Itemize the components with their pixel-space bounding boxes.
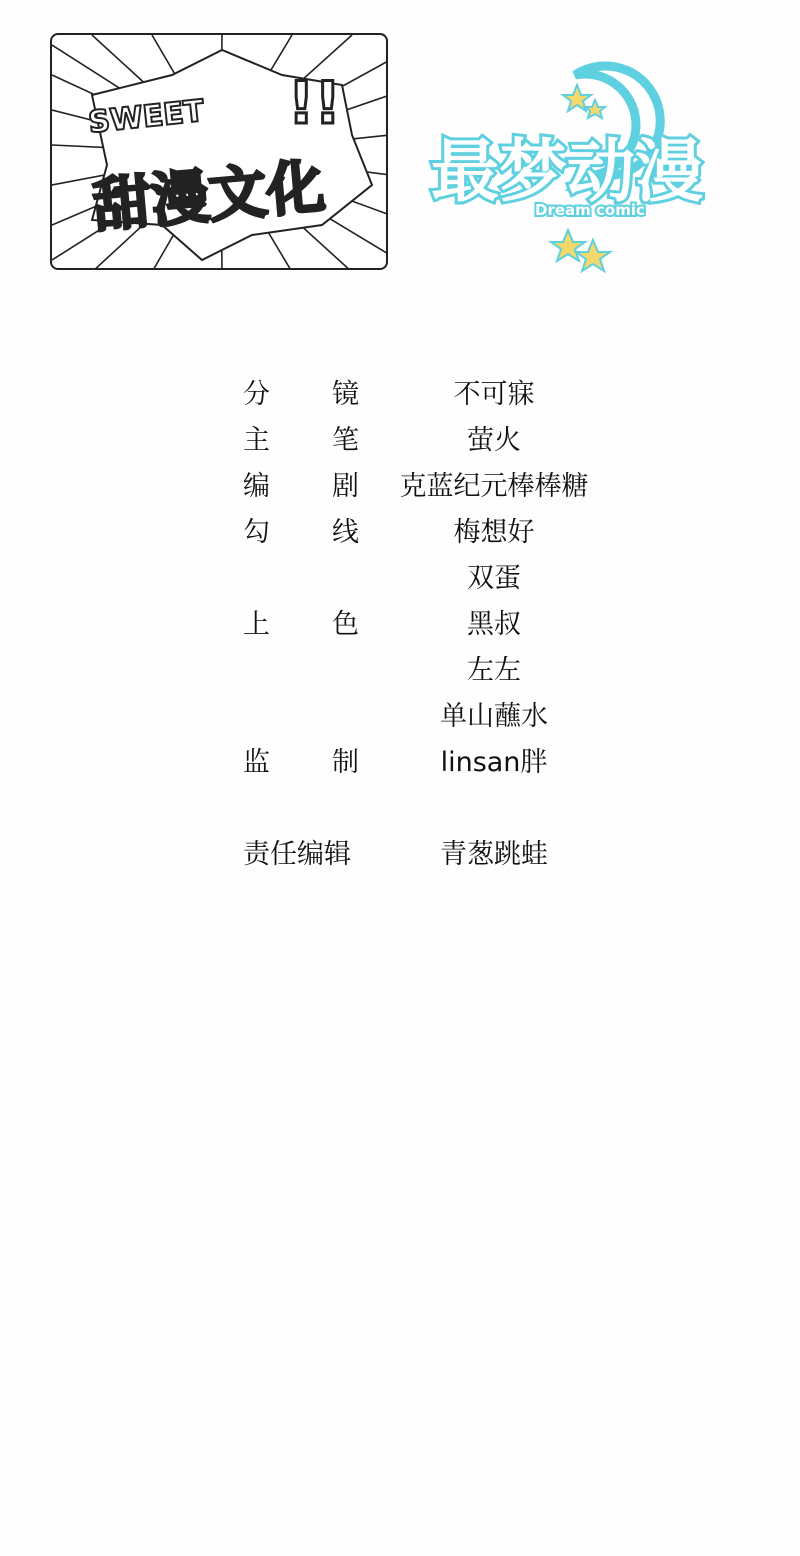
role-responsible-editor: 责任编辑 [243,840,351,870]
speed-lines-graphic: SWEET !! 甜漫文化 [52,35,388,270]
credit-name: 左左 [384,656,604,686]
credit-name: linsan胖 [384,748,604,778]
credit-name: 青葱跳蛙 [384,840,604,870]
credit-name: 双蛋 [384,564,604,594]
role-lead-artist-char1: 主 [243,426,270,456]
role-writer-char1: 编 [243,472,270,502]
role-writer-char2: 剧 [332,472,359,502]
credit-name: 梅想好 [384,518,604,548]
sweet-comic-logo: SWEET !! 甜漫文化 [50,33,388,270]
role-lineart-char2: 线 [332,518,359,548]
credit-name: 萤火 [384,426,604,456]
role-lineart-char1: 勾 [243,518,270,548]
role-lead-artist-char2: 笔 [332,426,359,456]
credit-name: 克蓝纪元棒棒糖 [384,472,604,502]
role-coloring-char1: 上 [243,610,270,640]
role-producer-char1: 监 [243,748,270,778]
role-storyboard-char2: 镜 [332,380,359,410]
role-coloring-char2: 色 [332,610,359,640]
credit-name: 单山蘸水 [384,702,604,732]
svg-text:Dream comic: Dream comic [535,201,645,219]
role-producer-char2: 制 [332,748,359,778]
svg-text:!!: !! [288,69,341,137]
credit-name: 黑叔 [384,610,604,640]
credit-name: 不可寐 [384,380,604,410]
role-storyboard-char1: 分 [243,380,270,410]
dream-comic-logo: 最梦动漫 Dream comic [425,45,765,275]
